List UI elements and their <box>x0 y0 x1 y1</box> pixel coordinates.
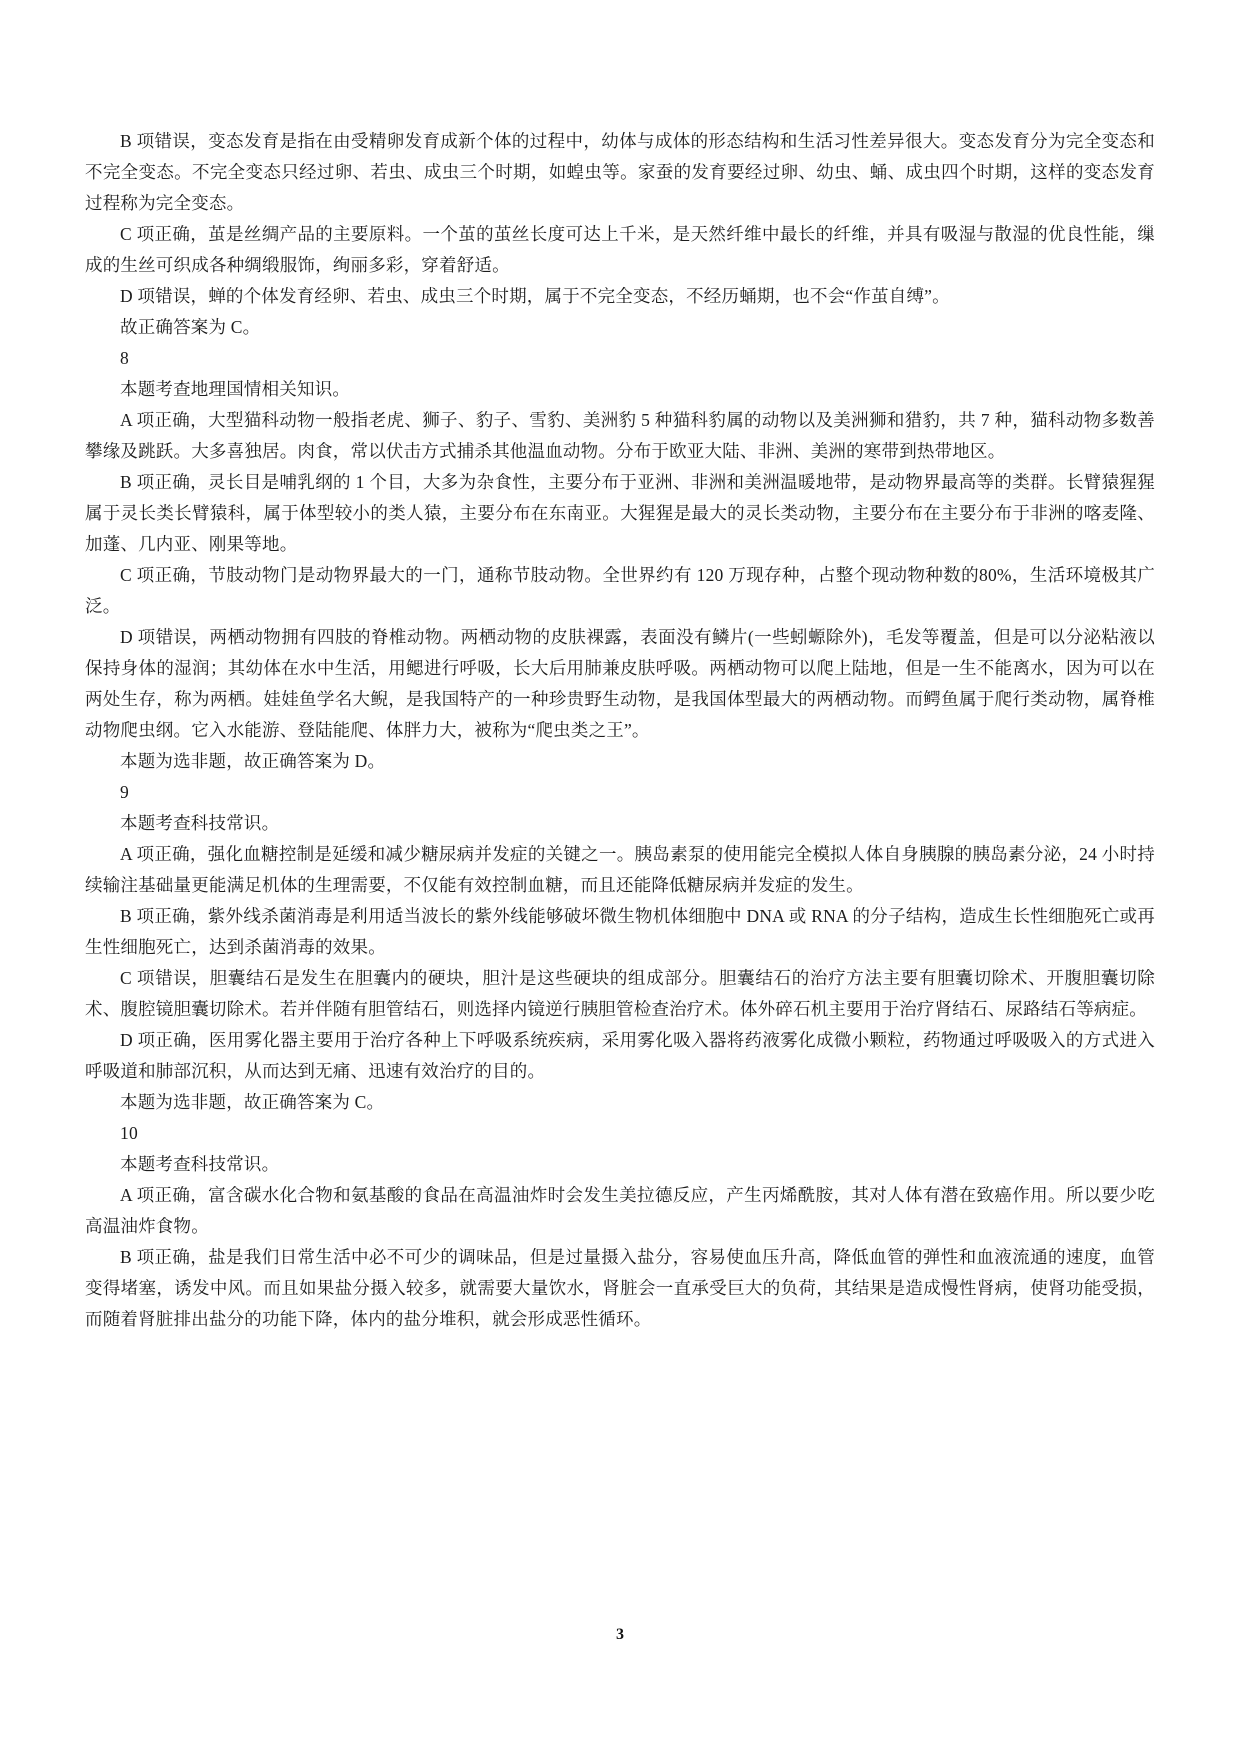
paragraph: D 项正确，医用雾化器主要用于治疗各种上下呼吸系统疾病，采用雾化吸入器将药液雾化… <box>85 1025 1155 1087</box>
paragraph: 本题考查科技常识。 <box>85 1149 1155 1180</box>
paragraph: 本题考查地理国情相关知识。 <box>85 374 1155 405</box>
paragraph: B 项正确，盐是我们日常生活中必不可少的调味品，但是过量摄入盐分，容易使血压升高… <box>85 1242 1155 1335</box>
document-content: B 项错误，变态发育是指在由受精卵发育成新个体的过程中，幼体与成体的形态结构和生… <box>85 126 1155 1335</box>
paragraph: B 项错误，变态发育是指在由受精卵发育成新个体的过程中，幼体与成体的形态结构和生… <box>85 126 1155 219</box>
paragraph: C 项错误，胆囊结石是发生在胆囊内的硬块，胆汁是这些硬块的组成部分。胆囊结石的治… <box>85 963 1155 1025</box>
paragraph: D 项错误，蝉的个体发育经卵、若虫、成虫三个时期，属于不完全变态，不经历蛹期，也… <box>85 281 1155 312</box>
paragraph: 本题为选非题，故正确答案为 D。 <box>85 746 1155 777</box>
question-number: 9 <box>85 777 1155 808</box>
paragraph: B 项正确，灵长目是哺乳纲的 1 个目，大多为杂食性，主要分布于亚洲、非洲和美洲… <box>85 467 1155 560</box>
paragraph: 本题为选非题，故正确答案为 C。 <box>85 1087 1155 1118</box>
paragraph: C 项正确，茧是丝绸产品的主要原料。一个茧的茧丝长度可达上千米，是天然纤维中最长… <box>85 219 1155 281</box>
paragraph: 本题考查科技常识。 <box>85 808 1155 839</box>
page-number: 3 <box>616 1626 624 1643</box>
paragraph: A 项正确，大型猫科动物一般指老虎、狮子、豹子、雪豹、美洲豹 5 种猫科豹属的动… <box>85 405 1155 467</box>
paragraph: B 项正确，紫外线杀菌消毒是利用适当波长的紫外线能够破坏微生物机体细胞中 DNA… <box>85 901 1155 963</box>
page-footer: 3 <box>0 1626 1240 1644</box>
question-number: 10 <box>85 1118 1155 1149</box>
paragraph: D 项错误，两栖动物拥有四肢的脊椎动物。两栖动物的皮肤裸露，表面没有鳞片(一些蚓… <box>85 622 1155 746</box>
question-number: 8 <box>85 343 1155 374</box>
paragraph: 故正确答案为 C。 <box>85 312 1155 343</box>
document-page: B 项错误，变态发育是指在由受精卵发育成新个体的过程中，幼体与成体的形态结构和生… <box>0 0 1240 1754</box>
paragraph: C 项正确，节肢动物门是动物界最大的一门，通称节肢动物。全世界约有 120 万现… <box>85 560 1155 622</box>
paragraph: A 项正确，强化血糖控制是延缓和减少糖尿病并发症的关键之一。胰岛素泵的使用能完全… <box>85 839 1155 901</box>
paragraph: A 项正确，富含碳水化合物和氨基酸的食品在高温油炸时会发生美拉德反应，产生丙烯酰… <box>85 1180 1155 1242</box>
